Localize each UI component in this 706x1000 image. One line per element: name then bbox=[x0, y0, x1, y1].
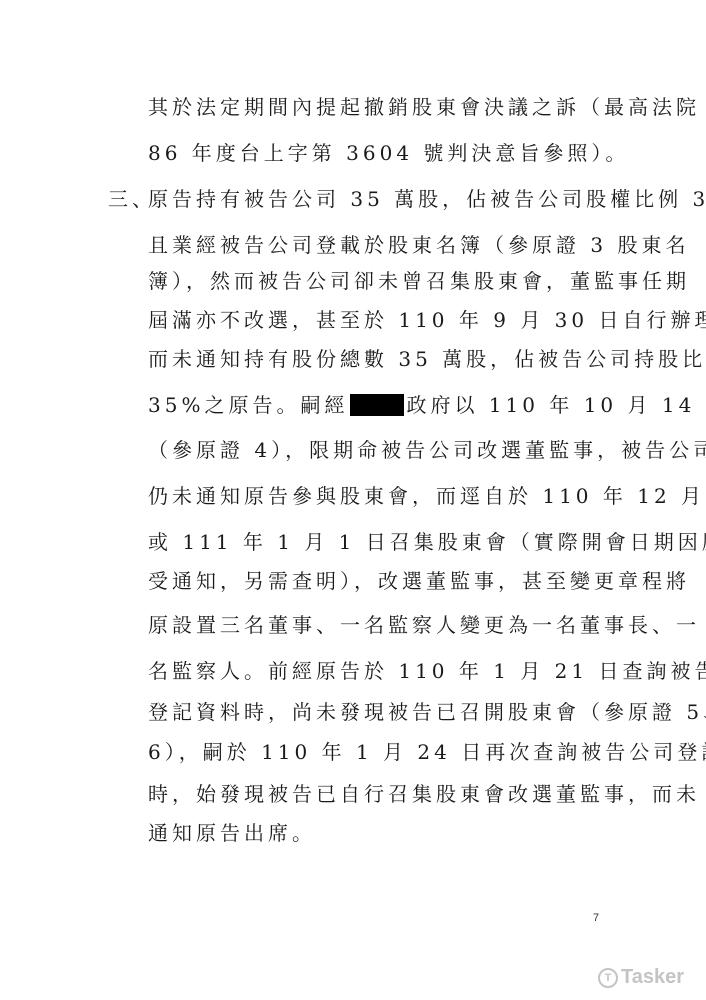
text-line: 而未通知持有股份總數 35 萬股，佔被告公司持股比例 bbox=[148, 347, 706, 371]
text-segment: 35%之原告。嗣經 bbox=[148, 393, 348, 417]
text-line: 原設置三名董事、一名監察人變更為一名董事長、一 bbox=[148, 613, 700, 637]
text-line: （參原證 4），限期命被告公司改選董監事，被告公司 bbox=[148, 438, 706, 462]
text-line: 或 111 年 1 月 1 日召集股東會（實際開會日期因原告未 bbox=[148, 530, 706, 554]
text-line: 仍未通知原告參與股東會，而逕自於 110 年 12 月 31 日 bbox=[148, 484, 706, 508]
document-page: 其於法定期間內提起撤銷股東會決議之訴（最高法院 86 年度台上字第 3604 號… bbox=[0, 0, 706, 1000]
text-line: 且業經被告公司登載於股東名簿（參原證 3 股東名 bbox=[148, 233, 689, 257]
text-line: 屆滿亦不改選，甚至於 110 年 9 月 30 日自行辦理停業， bbox=[148, 308, 706, 332]
text-line: 原告持有被告公司 35 萬股，佔被告公司股權比例 35%， bbox=[148, 187, 706, 211]
watermark-text: Tasker bbox=[621, 966, 684, 989]
text-line: 通知原告出席。 bbox=[148, 821, 316, 845]
text-line: 時，始發現被告已自行召集股東會改選董監事，而未 bbox=[148, 782, 700, 806]
text-line: 86 年度台上字第 3604 號判決意旨參照）。 bbox=[148, 141, 629, 165]
text-line: 簿），然而被告公司卻未曾召集股東會，董監事任期 bbox=[148, 269, 690, 293]
text-line-redacted: 35%之原告。嗣經政府以 110 年 10 月 14 日函文 bbox=[148, 393, 706, 417]
redaction-box bbox=[350, 394, 404, 416]
watermark: T Tasker bbox=[598, 966, 684, 989]
text-line: 其於法定期間內提起撤銷股東會決議之訴（最高法院 bbox=[148, 95, 700, 119]
text-line: 6），嗣於 110 年 1 月 24 日再次查詢被告公司登記資料 bbox=[148, 740, 706, 764]
text-line: 登記資料時，尚未發現被告已召開股東會（參原證 5、 bbox=[148, 700, 706, 724]
text-segment: 政府以 110 年 10 月 14 日函文 bbox=[406, 393, 706, 417]
text-line: 名監察人。前經原告於 110 年 1 月 21 日查詢被告公司 bbox=[148, 659, 706, 683]
page-number: 7 bbox=[593, 912, 599, 924]
text-line: 受通知，另需查明），改選董監事，甚至變更章程將 bbox=[148, 569, 690, 593]
tasker-logo-icon: T bbox=[598, 968, 618, 988]
